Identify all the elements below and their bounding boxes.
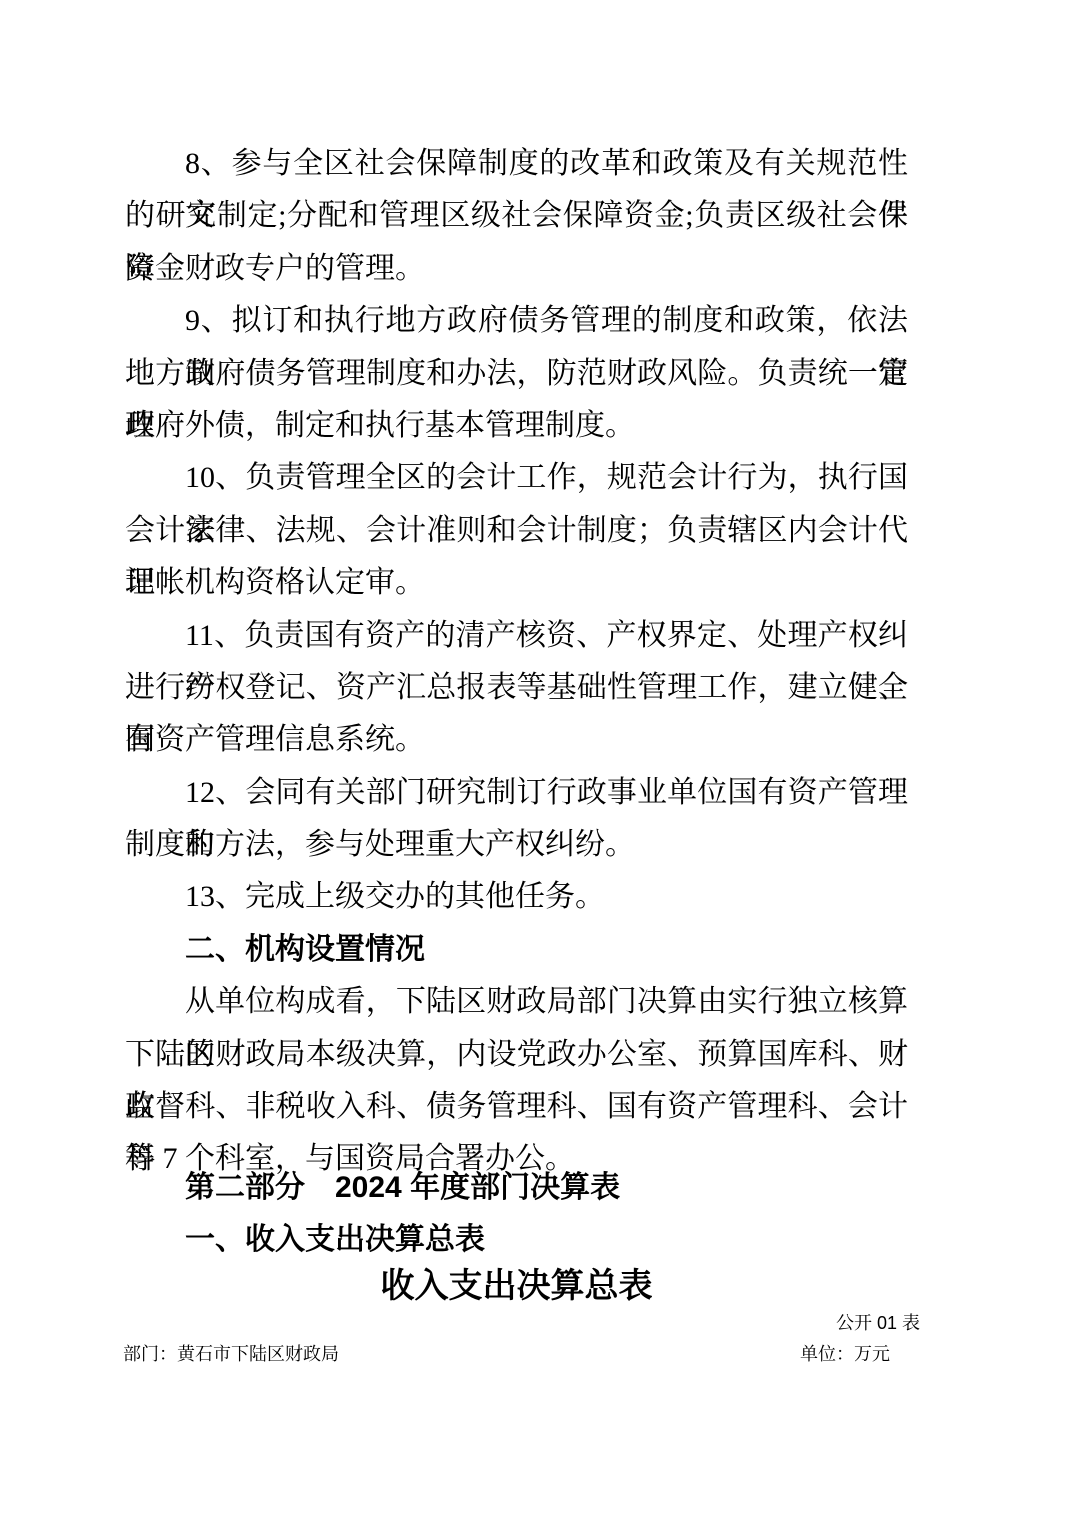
doc-line: 10、负责管理全区的会计工作，规范会计行为，执行国家 <box>125 452 908 504</box>
doc-line: 监督科、非税收入科、债务管理科、国有资产管理科、会计科 <box>125 1081 908 1133</box>
doc-line: 9、拟订和执行地方政府债务管理的制度和政策，依法制定 <box>125 295 908 347</box>
document-body: 8、参与全区社会保障制度的改革和政策及有关规范性文件 的研究制定;分配和管理区级… <box>125 138 908 1267</box>
unit-label: 单位：万元 <box>800 1343 890 1365</box>
doc-line: 进行产权登记、资产汇总报表等基础性管理工作，建立健全国 <box>125 662 908 714</box>
part-two-heading: 第二部分 2024 年度部门决算表 <box>125 1162 908 1214</box>
section-heading-income-expense-table: 一、收入支出决算总表 <box>125 1214 908 1266</box>
doc-line: 记帐机构资格认定审。 <box>125 557 908 609</box>
document-page: 8、参与全区社会保障制度的改革和政策及有关规范性文件 的研究制定;分配和管理区级… <box>0 0 1069 1514</box>
doc-line: 8、参与全区社会保障制度的改革和政策及有关规范性文件 <box>125 138 908 190</box>
doc-line: 地方政府债务管理制度和办法，防范财政风险。负责统一管理 <box>125 348 908 400</box>
doc-line: 11、负责国有资产的清产核资、产权界定、处理产权纠纷、 <box>125 610 908 662</box>
section-heading-org-setup: 二、机构设置情况 <box>125 924 908 976</box>
department-label: 部门：黄石市下陆区财政局 <box>123 1343 339 1365</box>
doc-line: 有资产管理信息系统。 <box>125 714 908 766</box>
table-code-label: 公开 01 表 <box>125 1312 920 1334</box>
table-title: 收入支出决算总表 <box>125 1266 908 1306</box>
doc-line: 制度和方法，参与处理重大产权纠纷。 <box>125 819 908 871</box>
doc-line: 13、完成上级交办的其他任务。 <box>125 871 908 923</box>
doc-line: 资金财政专户的管理。 <box>125 243 908 295</box>
doc-line: 12、会同有关部门研究制订行政事业单位国有资产管理的 <box>125 767 908 819</box>
doc-line: 会计法律、法规、会计准则和会计制度；负责辖区内会计代理 <box>125 505 908 557</box>
doc-line: 的研究制定;分配和管理区级社会保障资金;负责区级社会保障 <box>125 190 908 242</box>
doc-line: 政府外债，制定和执行基本管理制度。 <box>125 400 908 452</box>
doc-line: 从单位构成看，下陆区财政局部门决算由实行独立核算的 <box>125 976 908 1028</box>
doc-line: 下陆区财政局本级决算，内设党政办公室、预算国库科、财政 <box>125 1029 908 1081</box>
